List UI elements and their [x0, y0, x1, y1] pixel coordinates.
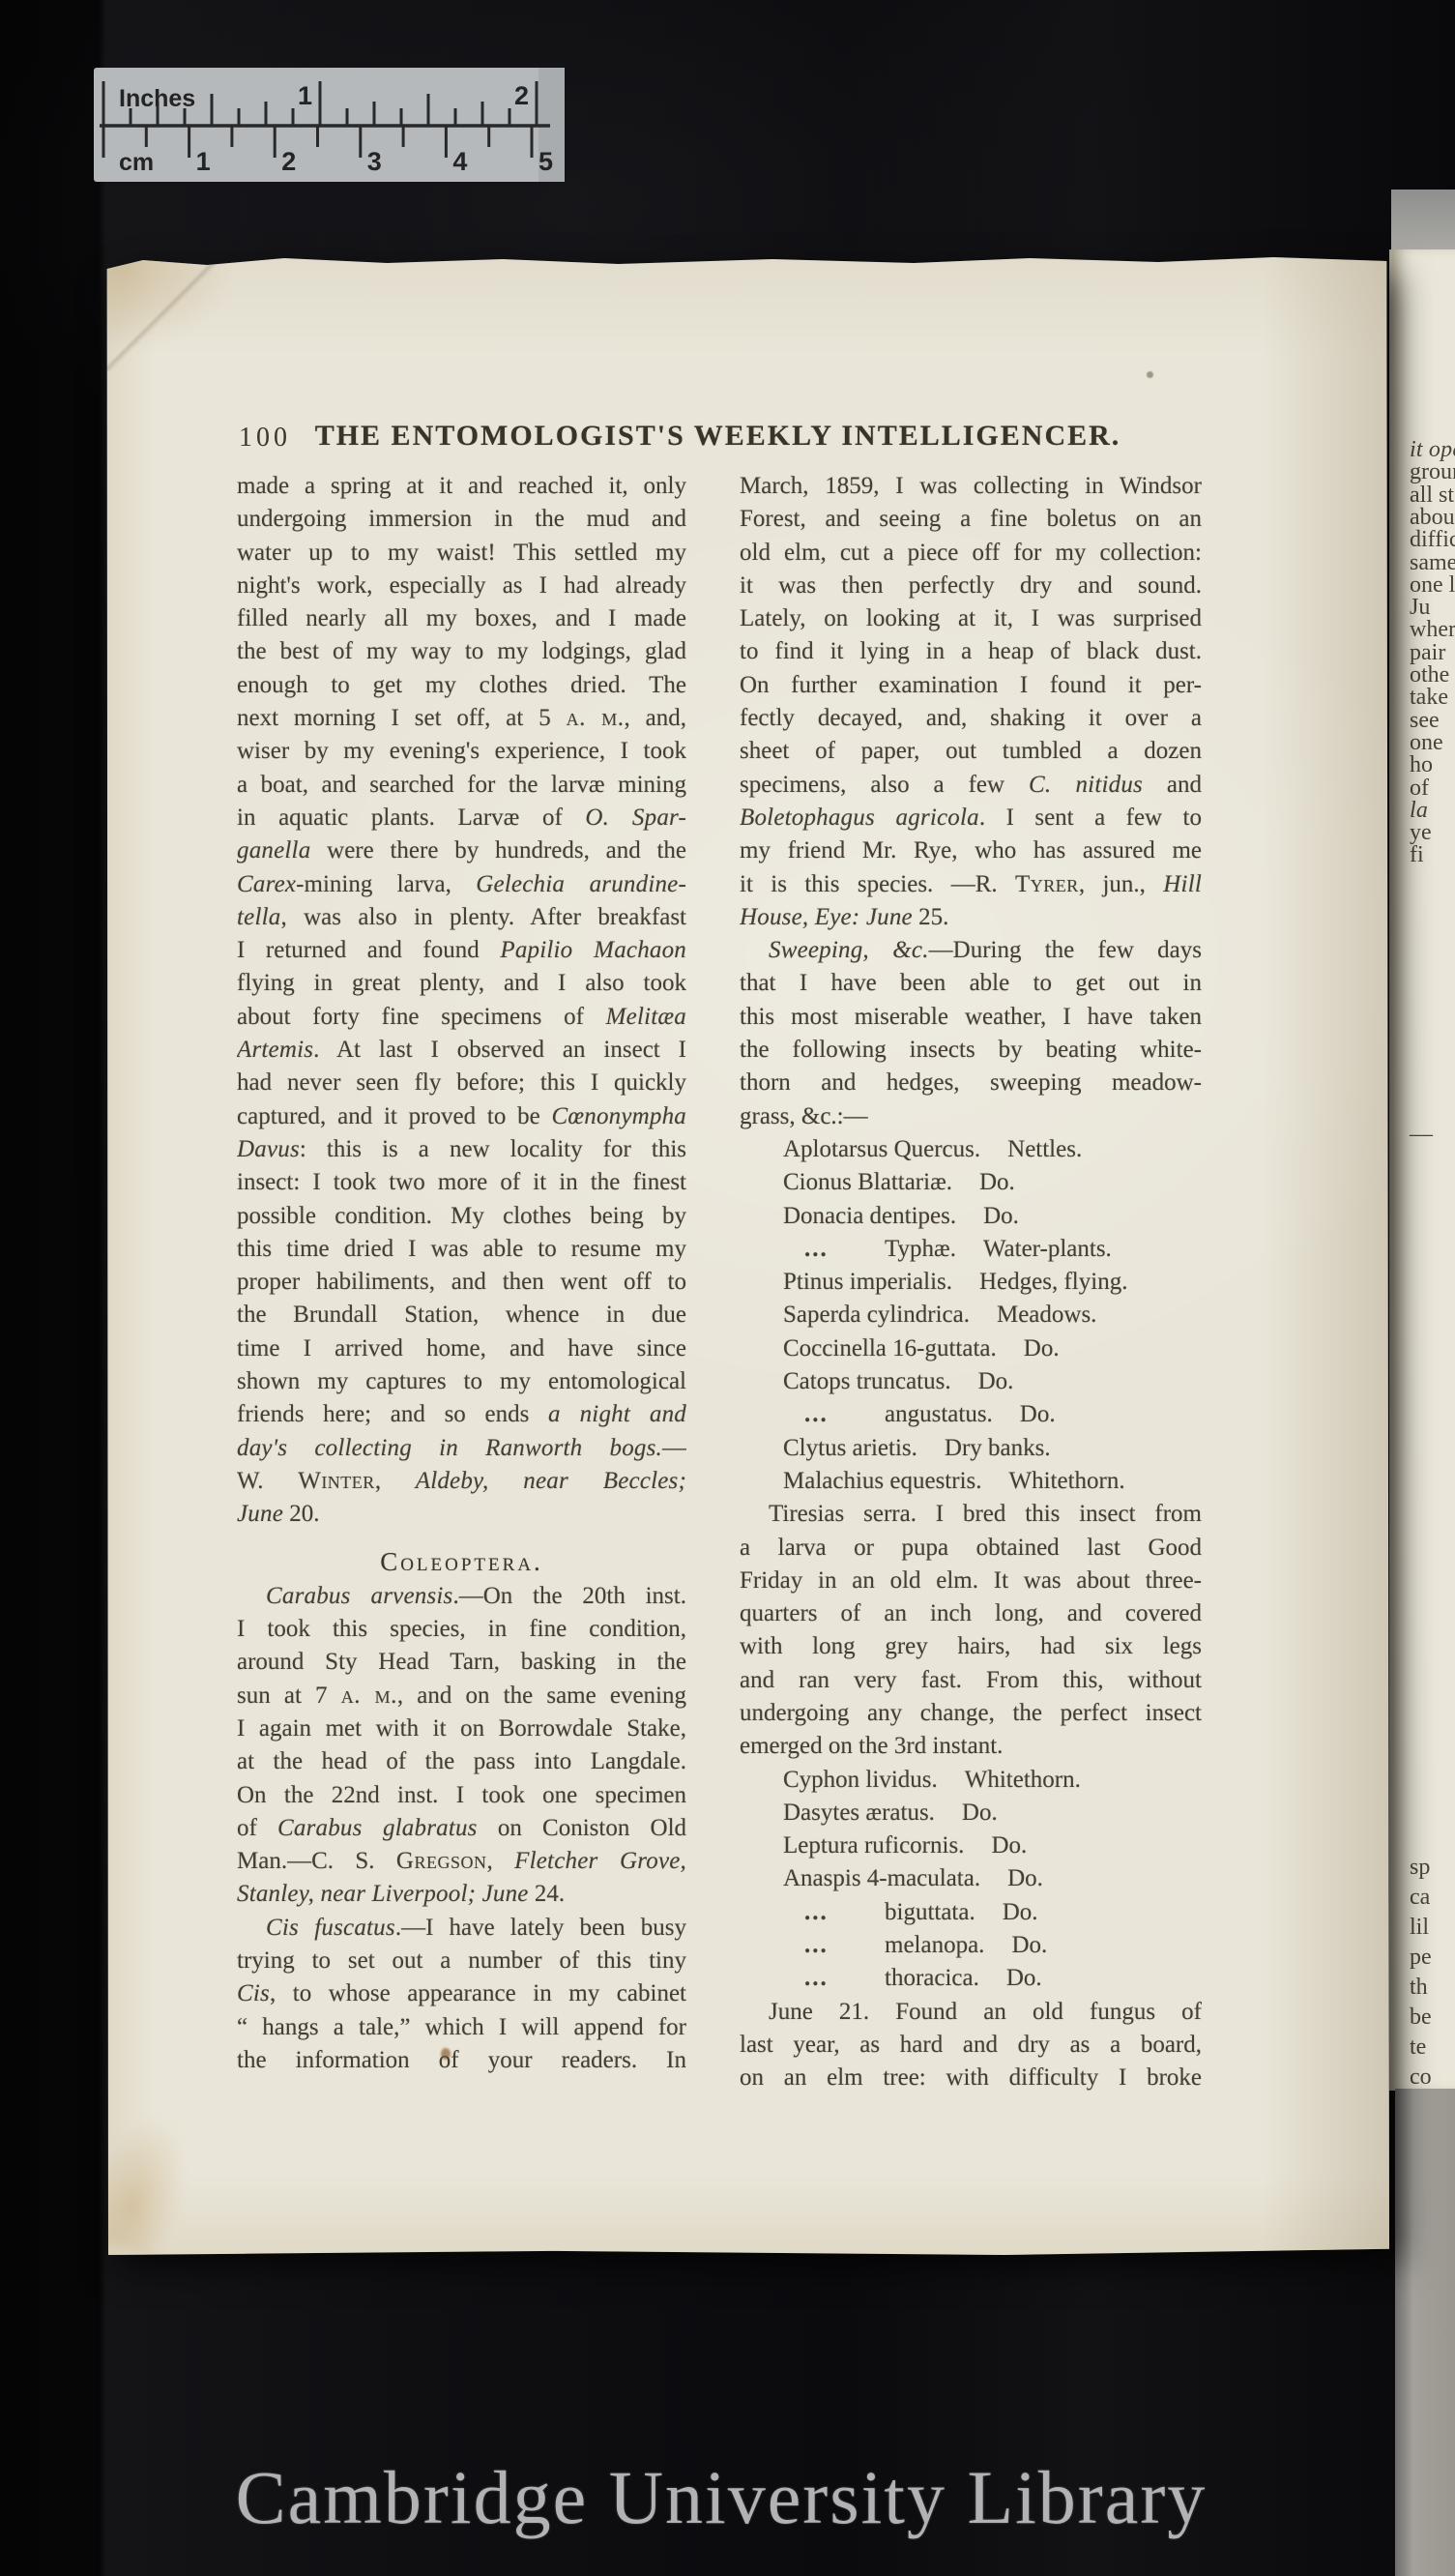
text-line: House, Eye: June 25. [740, 901, 1202, 934]
text-line: last year, as hard and dry as a board, [740, 2029, 1202, 2062]
species-habitat: Hedges, flying. [979, 1269, 1127, 1295]
text-line: Carex-mining larva, Gelechia arundine- [237, 868, 686, 901]
text-line: I returned and found Papilio Machaon [237, 934, 686, 967]
species-habitat: Do. [1003, 1899, 1038, 1925]
text-line: and ran very fast. From this, without [740, 1664, 1202, 1697]
page-number: 100 [239, 423, 291, 454]
species-name: Cyphon lividus. [783, 1767, 938, 1793]
species-list-item: Malachius equestris.Whitethorn. [740, 1465, 1202, 1498]
text-line: a larva or pupa obtained last Good [740, 1532, 1202, 1565]
text-line: Tiresias serra. I bred this insect from [740, 1498, 1202, 1531]
ditto-dots: ... [783, 1962, 885, 1995]
text-line: made a spring at it and reached it, only [237, 470, 686, 503]
species-habitat: Do. [1006, 1965, 1042, 1991]
text-line: had never seen fly before; this I quickl… [237, 1067, 686, 1099]
text-line: time I arrived home, and have since [237, 1332, 686, 1365]
text-line: March, 1859, I was collecting in Windsor [740, 470, 1202, 503]
species-name: Clytus arietis. [783, 1435, 917, 1461]
text-line: emerged on the 3rd instant. [740, 1730, 1202, 1763]
text-line: a boat, and searched for the larvæ minin… [237, 769, 686, 802]
text-line: friends here; and so ends a night and [237, 1398, 686, 1431]
text-line: thorn and hedges, sweeping meadow- [740, 1067, 1202, 1099]
text-line: Davus: this is a new locality for this [237, 1133, 686, 1166]
species-name: biguttata. [885, 1899, 975, 1925]
text-line: the best of my way to my lodgings, glad [237, 635, 686, 668]
species-name: Saperda cylindrica. [783, 1302, 970, 1328]
text-line: Lately, on looking at it, I was surprise… [740, 602, 1202, 635]
species-list-item: Donacia dentipes.Do. [740, 1200, 1202, 1233]
text-line: Cis fuscatus.—I have lately been busy [237, 1912, 686, 1945]
species-habitat: Do. [962, 1800, 998, 1826]
text-line: it is this species. —R. Tyrer, jun., Hil… [740, 868, 1202, 901]
ditto-dots: ... [783, 1929, 885, 1962]
text-line: to find it lying in a heap of black dust… [740, 635, 1202, 668]
text-line: grass, &c.:— [740, 1100, 1202, 1133]
text-line: the information of your readers. In [237, 2044, 686, 2077]
text-line: undergoing any change, the perfect insec… [740, 1697, 1202, 1730]
text-line: Sweeping, &c.—During the few days [740, 934, 1202, 967]
text-line: Carabus arvensis.—On the 20th inst. [237, 1580, 686, 1613]
text-line: this time dried I was able to resume my [237, 1233, 686, 1266]
journal-title: THE ENTOMOLOGIST'S WEEKLY INTELLIGENCER. [315, 420, 1121, 452]
text-line: old elm, cut a piece off for my collecti… [740, 537, 1202, 570]
species-name: Typhæ. [885, 1236, 956, 1262]
text-line: about forty fine specimens of Melitæa [237, 1001, 686, 1034]
species-habitat: Do. [1007, 1865, 1043, 1891]
text-line: wiser by my evening's experience, I took [237, 735, 686, 768]
text-line: with long grey hairs, had six legs [740, 1630, 1202, 1663]
photo-scene: 1212345 Inches cm it opegrounall stabout… [0, 0, 1455, 2576]
text-line: quarters of an inch long, and covered [740, 1597, 1202, 1630]
text-line: Cis, to whose appearance in my cabinet [237, 1977, 686, 2010]
species-habitat: Do. [1011, 1932, 1047, 1958]
text-line: night's work, especially as I had alread… [237, 570, 686, 602]
text-line: on an elm tree: with difficulty I broke [740, 2062, 1202, 2094]
text-line: June 20. [237, 1498, 686, 1531]
text-line: fectly decayed, and, shaking it over a [740, 702, 1202, 735]
species-list-item: Dasytes æratus.Do. [740, 1797, 1202, 1830]
species-habitat: Meadows. [997, 1302, 1096, 1328]
text-line: water up to my waist! This settled my [237, 537, 686, 570]
text-line: On further examination I found it per- [740, 669, 1202, 702]
text-line: the Brundall Station, whence in due [237, 1299, 686, 1332]
species-habitat: Do. [1020, 1401, 1056, 1427]
species-name: melanopa. [885, 1932, 984, 1958]
text-line: day's collecting in Ranworth bogs.— [237, 1432, 686, 1465]
species-list-item: Ptinus imperialis.Hedges, flying. [740, 1266, 1202, 1299]
species-habitat: Whitethorn. [1009, 1468, 1125, 1494]
text-line: around Sty Head Tarn, basking in the [237, 1646, 686, 1679]
text-line: sheet of paper, out tumbled a dozen [740, 735, 1202, 768]
species-list-item: Clytus arietis.Dry banks. [740, 1432, 1202, 1465]
species-name: Malachius equestris. [783, 1468, 982, 1494]
species-habitat: Whitethorn. [965, 1767, 1081, 1793]
text-line: tella, was also in plenty. After breakfa… [237, 901, 686, 934]
text-line: I again met with it on Borrowdale Stake, [237, 1712, 686, 1745]
species-habitat: Dry banks. [945, 1435, 1051, 1461]
text-line: flying in great plenty, and I also took [237, 967, 686, 1000]
text-line: specimens, also a few C. nitidus and [740, 769, 1202, 802]
text-line: On the 22nd inst. I took one specimen [237, 1779, 686, 1812]
species-list-item: Catops truncatus.Do. [740, 1365, 1202, 1398]
text-line: Forest, and seeing a fine boletus on an [740, 503, 1202, 536]
species-list-item: ...angustatus.Do. [740, 1398, 1202, 1431]
species-name: Cionus Blattariæ. [783, 1169, 952, 1195]
text-line: in aquatic plants. Larvæ of O. Spar- [237, 802, 686, 834]
text-line: this most miserable weather, I have take… [740, 1001, 1202, 1034]
text-line: Artemis. At last I observed an insect I [237, 1034, 686, 1067]
text-line: I took this species, in fine condition, [237, 1613, 686, 1646]
text-line: undergoing immersion in the mud and [237, 503, 686, 536]
stain [97, 249, 242, 356]
text-line: Boletophagus agricola. I sent a few to [740, 802, 1202, 834]
text-line: trying to set out a number of this tiny [237, 1945, 686, 1977]
text-line: my friend Mr. Rye, who has assured me [740, 834, 1202, 867]
species-list-item: Cionus Blattariæ.Do. [740, 1166, 1202, 1199]
species-name: thoracica. [885, 1965, 979, 1991]
text-line: the following insects by beating white- [740, 1034, 1202, 1067]
species-habitat: Do. [978, 1368, 1014, 1394]
stain [86, 2098, 214, 2263]
ditto-dots: ... [783, 1233, 885, 1266]
species-list-item: ...thoracica.Do. [740, 1962, 1202, 1995]
text-line: next morning I set off, at 5 a. m., and, [237, 702, 686, 735]
species-name: Catops truncatus. [783, 1368, 951, 1394]
corner-crease [104, 255, 220, 371]
species-name: Anaspis 4-maculata. [783, 1865, 980, 1891]
text-line: it was then perfectly dry and sound. [740, 570, 1202, 602]
species-list-item: ...melanopa.Do. [740, 1929, 1202, 1962]
text-line: insect: I took two more of it in the fin… [237, 1166, 686, 1199]
library-watermark: Cambridge University Library [162, 2454, 1280, 2541]
text-line: “ hangs a tale,” which I will append for [237, 2011, 686, 2044]
running-header: 100 THE ENTOMOLOGIST'S WEEKLY INTELLIGEN… [237, 420, 1199, 458]
species-habitat: Do. [1024, 1335, 1060, 1361]
text-line: at the head of the pass into Langdale. [237, 1745, 686, 1778]
text-line: sun at 7 a. m., and on the same evening [237, 1680, 686, 1712]
text-line: enough to get my clothes dried. The [237, 669, 686, 702]
species-name: Coccinella 16-guttata. [783, 1335, 997, 1361]
section-heading: Coleoptera. [237, 1545, 686, 1578]
species-name: Dasytes æratus. [783, 1800, 935, 1826]
species-habitat: Water-plants. [983, 1236, 1112, 1262]
foxing-spot [1147, 371, 1153, 378]
species-list-item: Aplotarsus Quercus.Nettles. [740, 1133, 1202, 1166]
species-habitat: Do. [979, 1169, 1015, 1195]
text-line: of Carabus glabratus on Coniston Old [237, 1812, 686, 1845]
text-line: Friday in an old elm. It was about three… [740, 1565, 1202, 1597]
right-column: March, 1859, I was collecting in Windsor… [740, 470, 1202, 2095]
text-line: proper habiliments, and then went off to [237, 1266, 686, 1299]
species-list-item: Leptura ruficornis.Do. [740, 1830, 1202, 1862]
text-line: that I have been able to get out in [740, 967, 1202, 1000]
page-shadow-wrap: 100 THE ENTOMOLOGIST'S WEEKLY INTELLIGEN… [0, 0, 1455, 2576]
text-line: W. Winter, Aldeby, near Beccles; [237, 1465, 686, 1498]
species-habitat: Do. [983, 1203, 1019, 1229]
book-page: 100 THE ENTOMOLOGIST'S WEEKLY INTELLIGEN… [104, 255, 1389, 2255]
text-line: Stanley, near Liverpool; June 24. [237, 1878, 686, 1911]
species-name: Leptura ruficornis. [783, 1832, 964, 1859]
species-list-item: ...biguttata.Do. [740, 1896, 1202, 1929]
text-line: June 21. Found an old fungus of [740, 1996, 1202, 2029]
species-list-item: ...Typhæ.Water-plants. [740, 1233, 1202, 1266]
species-habitat: Nettles. [1007, 1136, 1082, 1162]
text-line: filled nearly all my boxes, and I made [237, 602, 686, 635]
species-habitat: Do. [991, 1832, 1027, 1859]
text-line: Man.—C. S. Gregson, Fletcher Grove, [237, 1845, 686, 1878]
species-list-item: Anaspis 4-maculata.Do. [740, 1862, 1202, 1895]
species-list-item: Coccinella 16-guttata.Do. [740, 1332, 1202, 1365]
species-name: Ptinus imperialis. [783, 1269, 952, 1295]
species-name: Donacia dentipes. [783, 1203, 956, 1229]
text-line: captured, and it proved to be Cœnonympha [237, 1100, 686, 1133]
species-list-item: Cyphon lividus.Whitethorn. [740, 1764, 1202, 1797]
text-line: shown my captures to my entomological [237, 1365, 686, 1398]
ditto-dots: ... [783, 1398, 885, 1431]
ditto-dots: ... [783, 1896, 885, 1929]
text-line: ganella were there by hundreds, and the [237, 834, 686, 867]
species-name: angustatus. [885, 1401, 993, 1427]
text-line: possible condition. My clothes being by [237, 1200, 686, 1233]
left-column: made a spring at it and reached it, only… [237, 470, 686, 2077]
species-name: Aplotarsus Quercus. [783, 1136, 980, 1162]
species-list-item: Saperda cylindrica.Meadows. [740, 1299, 1202, 1332]
